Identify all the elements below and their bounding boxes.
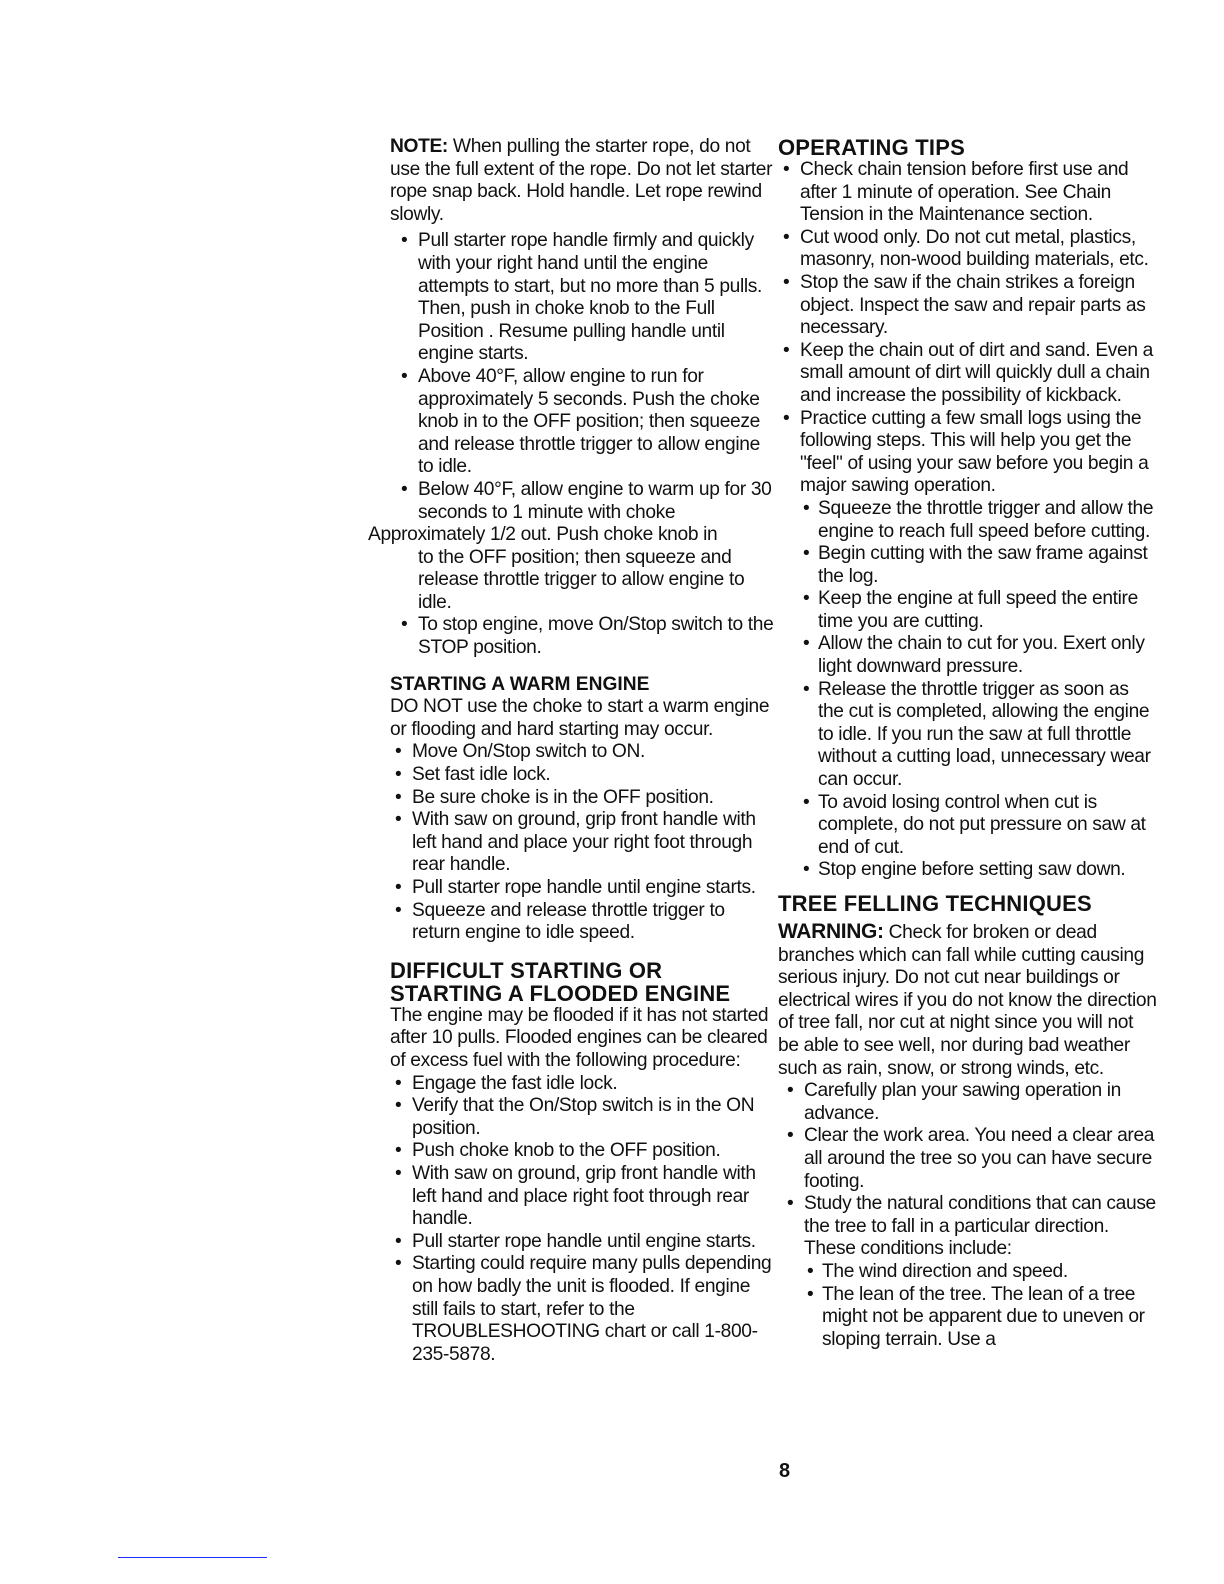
- conditions-list: The wind direction and speed. The lean o…: [802, 1261, 1158, 1351]
- list-item-text: Below 40°F, allow engine to warm up for …: [418, 479, 771, 523]
- list-item: Push choke knob to the OFF position.: [390, 1140, 775, 1163]
- list-item: With saw on ground, grip front handle wi…: [390, 809, 775, 877]
- list-item: Pull starter rope handle until engine st…: [390, 877, 775, 900]
- list-item: The wind direction and speed.: [802, 1261, 1158, 1284]
- tree-felling-list: Carefully plan your sawing operation in …: [782, 1080, 1158, 1351]
- list-item: Pull starter rope handle firmly and quic…: [396, 230, 775, 366]
- warm-engine-intro: DO NOT use the choke to start a warm eng…: [390, 696, 775, 741]
- list-item-text: Practice cutting a few small logs using …: [800, 408, 1148, 497]
- note-paragraph: NOTE: When pulling the starter rope, do …: [390, 136, 775, 226]
- list-item: Pull starter rope handle until engine st…: [390, 1231, 775, 1254]
- warning-text: Check for broken or dead branches which …: [778, 922, 1157, 1079]
- left-column: NOTE: When pulling the starter rope, do …: [390, 136, 775, 1366]
- list-item: Engage the fast idle lock.: [390, 1073, 775, 1096]
- list-item: Check chain tension before first use and…: [778, 159, 1158, 227]
- list-item: Move On/Stop switch to ON.: [390, 741, 775, 764]
- list-item: Verify that the On/Stop switch is in the…: [390, 1095, 775, 1140]
- cold-start-list: Pull starter rope handle firmly and quic…: [396, 230, 775, 659]
- note-label: NOTE:: [390, 136, 448, 157]
- warning-label: WARNING:: [778, 920, 884, 943]
- list-item: To stop engine, move On/Stop switch to t…: [396, 614, 775, 659]
- flooded-engine-list: Engage the fast idle lock. Verify that t…: [390, 1073, 775, 1367]
- list-item-continuation: to the OFF position; then squeeze and re…: [418, 547, 744, 613]
- list-item: Study the natural conditions that can ca…: [782, 1193, 1158, 1351]
- list-item: Keep the engine at full speed the entire…: [798, 588, 1158, 633]
- list-item: Practice cutting a few small logs using …: [778, 408, 1158, 882]
- flooded-engine-intro: The engine may be flooded if it has not …: [390, 1005, 775, 1073]
- page-number: 8: [779, 1460, 790, 1483]
- list-item: Stop the saw if the chain strikes a fore…: [778, 272, 1158, 340]
- list-item: Cut wood only. Do not cut metal, plastic…: [778, 227, 1158, 272]
- list-item: Stop engine before setting saw down.: [798, 859, 1158, 882]
- practice-steps-list: Squeeze the throttle trigger and allow t…: [798, 498, 1158, 882]
- operating-tips-list: Check chain tension before first use and…: [778, 159, 1158, 882]
- list-item: Begin cutting with the saw frame against…: [798, 543, 1158, 588]
- list-item: To avoid losing control when cut is comp…: [798, 792, 1158, 860]
- list-item: Be sure choke is in the OFF position.: [390, 787, 775, 810]
- outdented-continuation: Approximately 1/2 out. Push choke knob i…: [368, 524, 717, 545]
- warm-engine-list: Move On/Stop switch to ON. Set fast idle…: [390, 741, 775, 944]
- list-item: Starting could require many pulls depend…: [390, 1253, 775, 1366]
- section-heading-operating-tips: OPERATING TIPS: [778, 136, 1158, 159]
- section-heading-tree-felling: TREE FELLING TECHNIQUES: [778, 892, 1158, 915]
- heading-line: DIFFICULT STARTING OR: [390, 958, 662, 983]
- list-item: Carefully plan your sawing operation in …: [782, 1080, 1158, 1125]
- list-item: Above 40°F, allow engine to run for appr…: [396, 366, 775, 479]
- list-item: Release the throttle trigger as soon as …: [798, 679, 1158, 792]
- list-item: Squeeze and release throttle trigger to …: [390, 900, 775, 945]
- list-item: The lean of the tree. The lean of a tree…: [802, 1284, 1158, 1352]
- list-item: Set fast idle lock.: [390, 764, 775, 787]
- list-item: Keep the chain out of dirt and sand. Eve…: [778, 340, 1158, 408]
- section-heading-warm-engine: STARTING A WARM ENGINE: [390, 674, 775, 697]
- warning-paragraph: WARNING: Check for broken or dead branch…: [778, 921, 1158, 1080]
- list-item: Below 40°F, allow engine to warm up for …: [396, 479, 775, 615]
- heading-line: STARTING A FLOODED ENGINE: [390, 981, 730, 1006]
- note-text: When pulling the starter rope, do not us…: [390, 136, 772, 225]
- list-item: Clear the work area. You need a clear ar…: [782, 1125, 1158, 1193]
- section-heading-flooded-engine: DIFFICULT STARTING OR STARTING A FLOODED…: [390, 959, 775, 1005]
- link-underline: [118, 1557, 267, 1558]
- list-item: With saw on ground, grip front handle wi…: [390, 1163, 775, 1231]
- right-column: OPERATING TIPS Check chain tension befor…: [778, 136, 1158, 1351]
- list-item-text: Study the natural conditions that can ca…: [804, 1193, 1156, 1259]
- list-item: Squeeze the throttle trigger and allow t…: [798, 498, 1158, 543]
- list-item: Allow the chain to cut for you. Exert on…: [798, 633, 1158, 678]
